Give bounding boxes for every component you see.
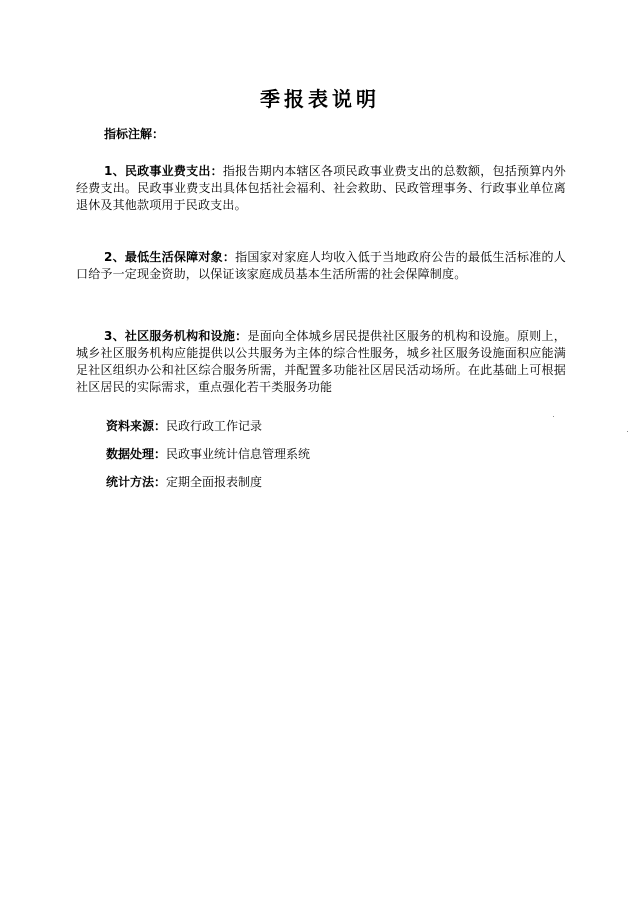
scan-speck — [553, 416, 554, 417]
definition-paragraph-1: 1、民政事业费支出：指报告期内本辖区各项民政事业费支出的总数额，包括预算内外经费… — [76, 163, 566, 214]
metadata-value: 民政行政工作记录 — [166, 419, 262, 433]
definition-number: 3、 — [104, 329, 125, 343]
definition-term: 民政事业费支出： — [125, 164, 223, 178]
section-label-indicator-notes: 指标注解： — [104, 126, 164, 142]
definition-number: 2、 — [104, 250, 125, 264]
definition-paragraph-2: 2、最低生活保障对象：指国家对家庭人均收入低于当地政府公告的最低生活标准的人口给… — [76, 249, 566, 283]
definition-paragraph-3: 3、社区服务机构和设施：是面向全体城乡居民提供社区服务的机构和设施。原则上，城乡… — [76, 328, 566, 396]
definition-term: 社区服务机构和设施： — [125, 329, 248, 343]
document-page: 季报表说明 指标注解： 1、民政事业费支出：指报告期内本辖区各项民政事业费支出的… — [0, 0, 640, 904]
metadata-value: 定期全面报表制度 — [166, 475, 262, 489]
metadata-value: 民政事业统计信息管理系统 — [166, 447, 310, 461]
definition-number: 1、 — [104, 164, 125, 178]
metadata-key: 统计方法： — [106, 475, 166, 489]
metadata-statistical-method: 统计方法：定期全面报表制度 — [106, 474, 262, 490]
metadata-key: 资料来源： — [106, 419, 166, 433]
definition-term: 最低生活保障对象： — [125, 250, 235, 264]
page-title: 季报表说明 — [0, 86, 640, 112]
metadata-data-processing: 数据处理：民政事业统计信息管理系统 — [106, 446, 310, 462]
metadata-data-source: 资料来源：民政行政工作记录 — [106, 418, 262, 434]
scan-speck — [627, 431, 628, 432]
metadata-key: 数据处理： — [106, 447, 166, 461]
